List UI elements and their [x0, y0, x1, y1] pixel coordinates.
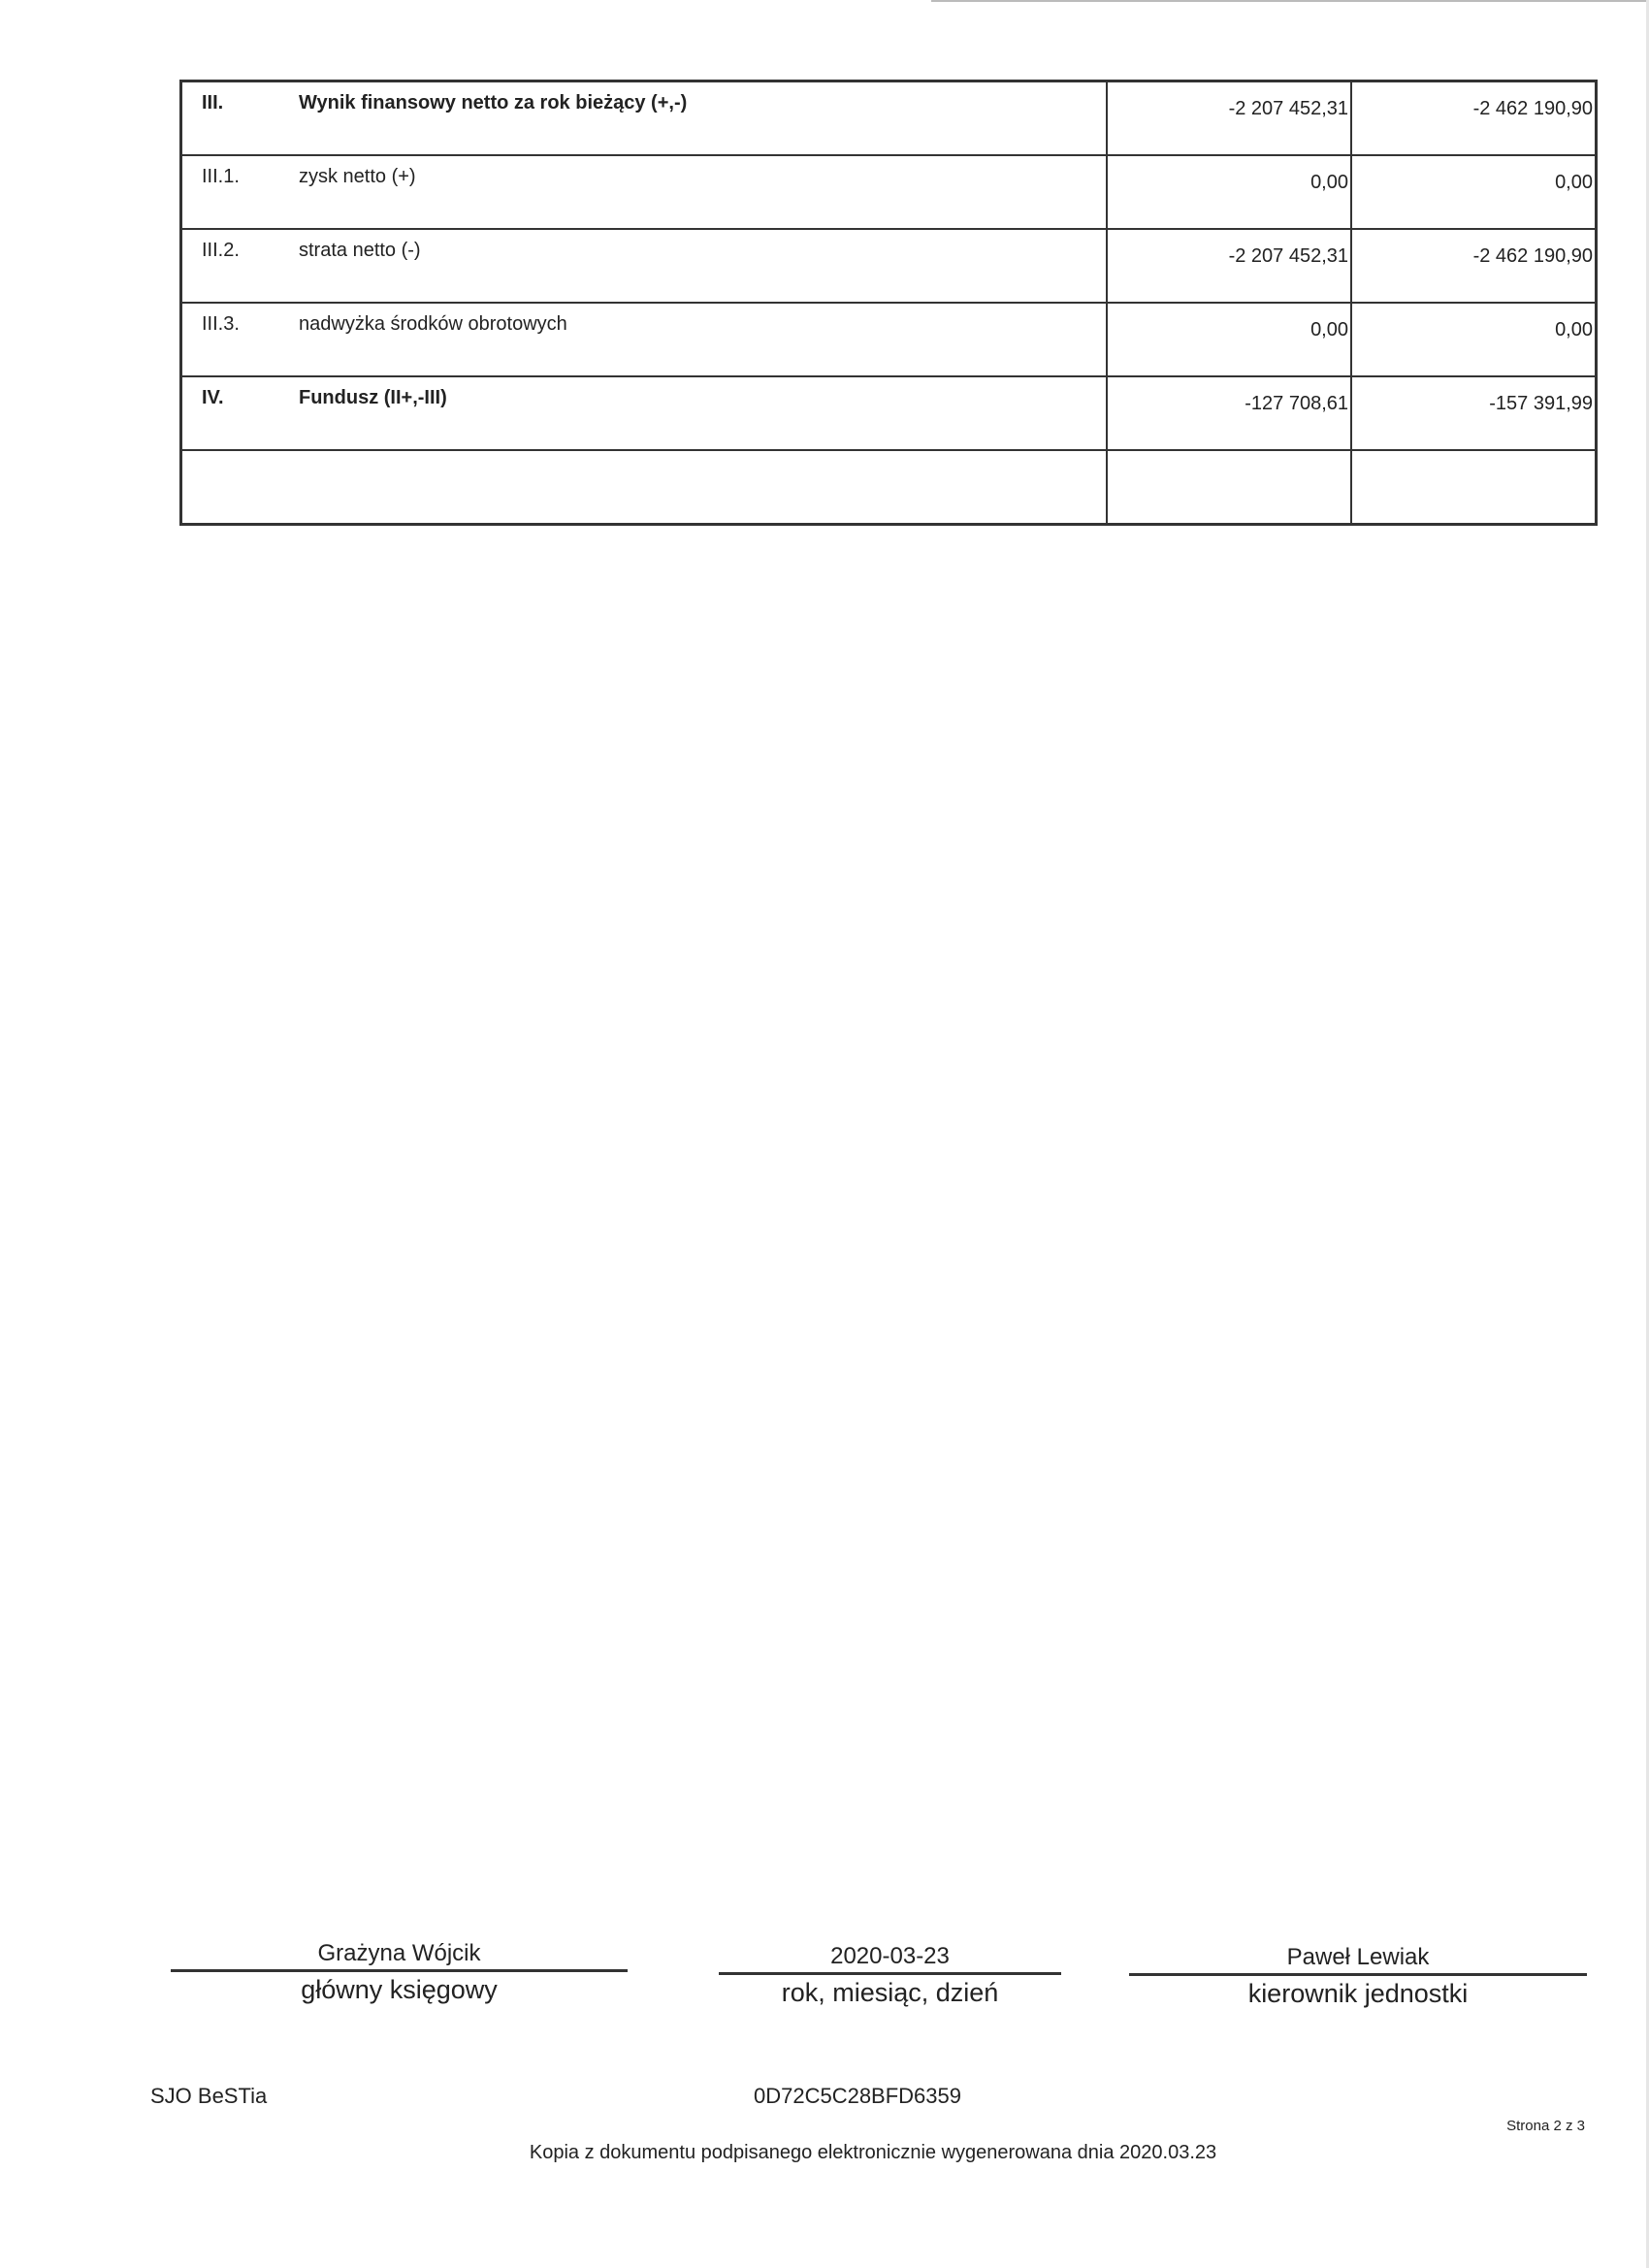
signer-name: Grażyna Wójcik — [171, 1938, 628, 1969]
row-code: III.1. — [181, 155, 300, 229]
scan-edge — [931, 0, 1649, 2]
table-row: III.1.zysk netto (+)0,000,00 — [181, 155, 1597, 229]
table-row: III.3.nadwyżka środków obrotowych0,000,0… — [181, 303, 1597, 376]
row-code: III.2. — [181, 229, 300, 303]
value-previous-year: 0,00 — [1351, 303, 1597, 376]
value-previous-year: 0,00 — [1351, 155, 1597, 229]
row-label: Wynik finansowy netto za rok bieżący (+,… — [299, 81, 1107, 156]
signer-role: kierownik jednostki — [1129, 1976, 1587, 2011]
financial-table: III.Wynik finansowy netto za rok bieżący… — [179, 80, 1598, 526]
row-label: zysk netto (+) — [299, 155, 1107, 229]
row-code: III.3. — [181, 303, 300, 376]
value-previous-year: -157 391,99 — [1351, 376, 1597, 450]
row-code: III. — [181, 81, 300, 156]
value-current-year: 0,00 — [1107, 303, 1351, 376]
value-current-year: 0,00 — [1107, 155, 1351, 229]
table-row: IV.Fundusz (II+,-III)-127 708,61-157 391… — [181, 376, 1597, 450]
signature-date: 2020-03-23 rok, miesiąc, dzień — [719, 1941, 1061, 2010]
row-code — [181, 450, 300, 525]
table-row — [181, 450, 1597, 525]
signature-accountant: Grażyna Wójcik główny księgowy — [171, 1938, 628, 2007]
date-format-label: rok, miesiąc, dzień — [719, 1975, 1061, 2010]
value-previous-year: -2 462 190,90 — [1351, 81, 1597, 156]
value-current-year — [1107, 450, 1351, 525]
sign-date: 2020-03-23 — [719, 1941, 1061, 1972]
value-previous-year: -2 462 190,90 — [1351, 229, 1597, 303]
page-number: Strona 2 z 3 — [1506, 2118, 1585, 2134]
row-label: strata netto (-) — [299, 229, 1107, 303]
row-label — [299, 450, 1107, 525]
value-current-year: -127 708,61 — [1107, 376, 1351, 450]
row-label: nadwyżka środków obrotowych — [299, 303, 1107, 376]
table-row: III.Wynik finansowy netto za rok bieżący… — [181, 81, 1597, 156]
row-code: IV. — [181, 376, 300, 450]
value-previous-year — [1351, 450, 1597, 525]
system-name: SJO BeSTia — [150, 2084, 267, 2109]
value-current-year: -2 207 452,31 — [1107, 229, 1351, 303]
e-signature-note: Kopia z dokumentu podpisanego elektronic… — [388, 2142, 1358, 2164]
signature-head: Paweł Lewiak kierownik jednostki — [1129, 1942, 1587, 2011]
signer-name: Paweł Lewiak — [1129, 1942, 1587, 1973]
value-current-year: -2 207 452,31 — [1107, 81, 1351, 156]
row-label: Fundusz (II+,-III) — [299, 376, 1107, 450]
table-row: III.2.strata netto (-)-2 207 452,31-2 46… — [181, 229, 1597, 303]
document-code: 0D72C5C28BFD6359 — [663, 2084, 1051, 2109]
signer-role: główny księgowy — [171, 1972, 628, 2007]
